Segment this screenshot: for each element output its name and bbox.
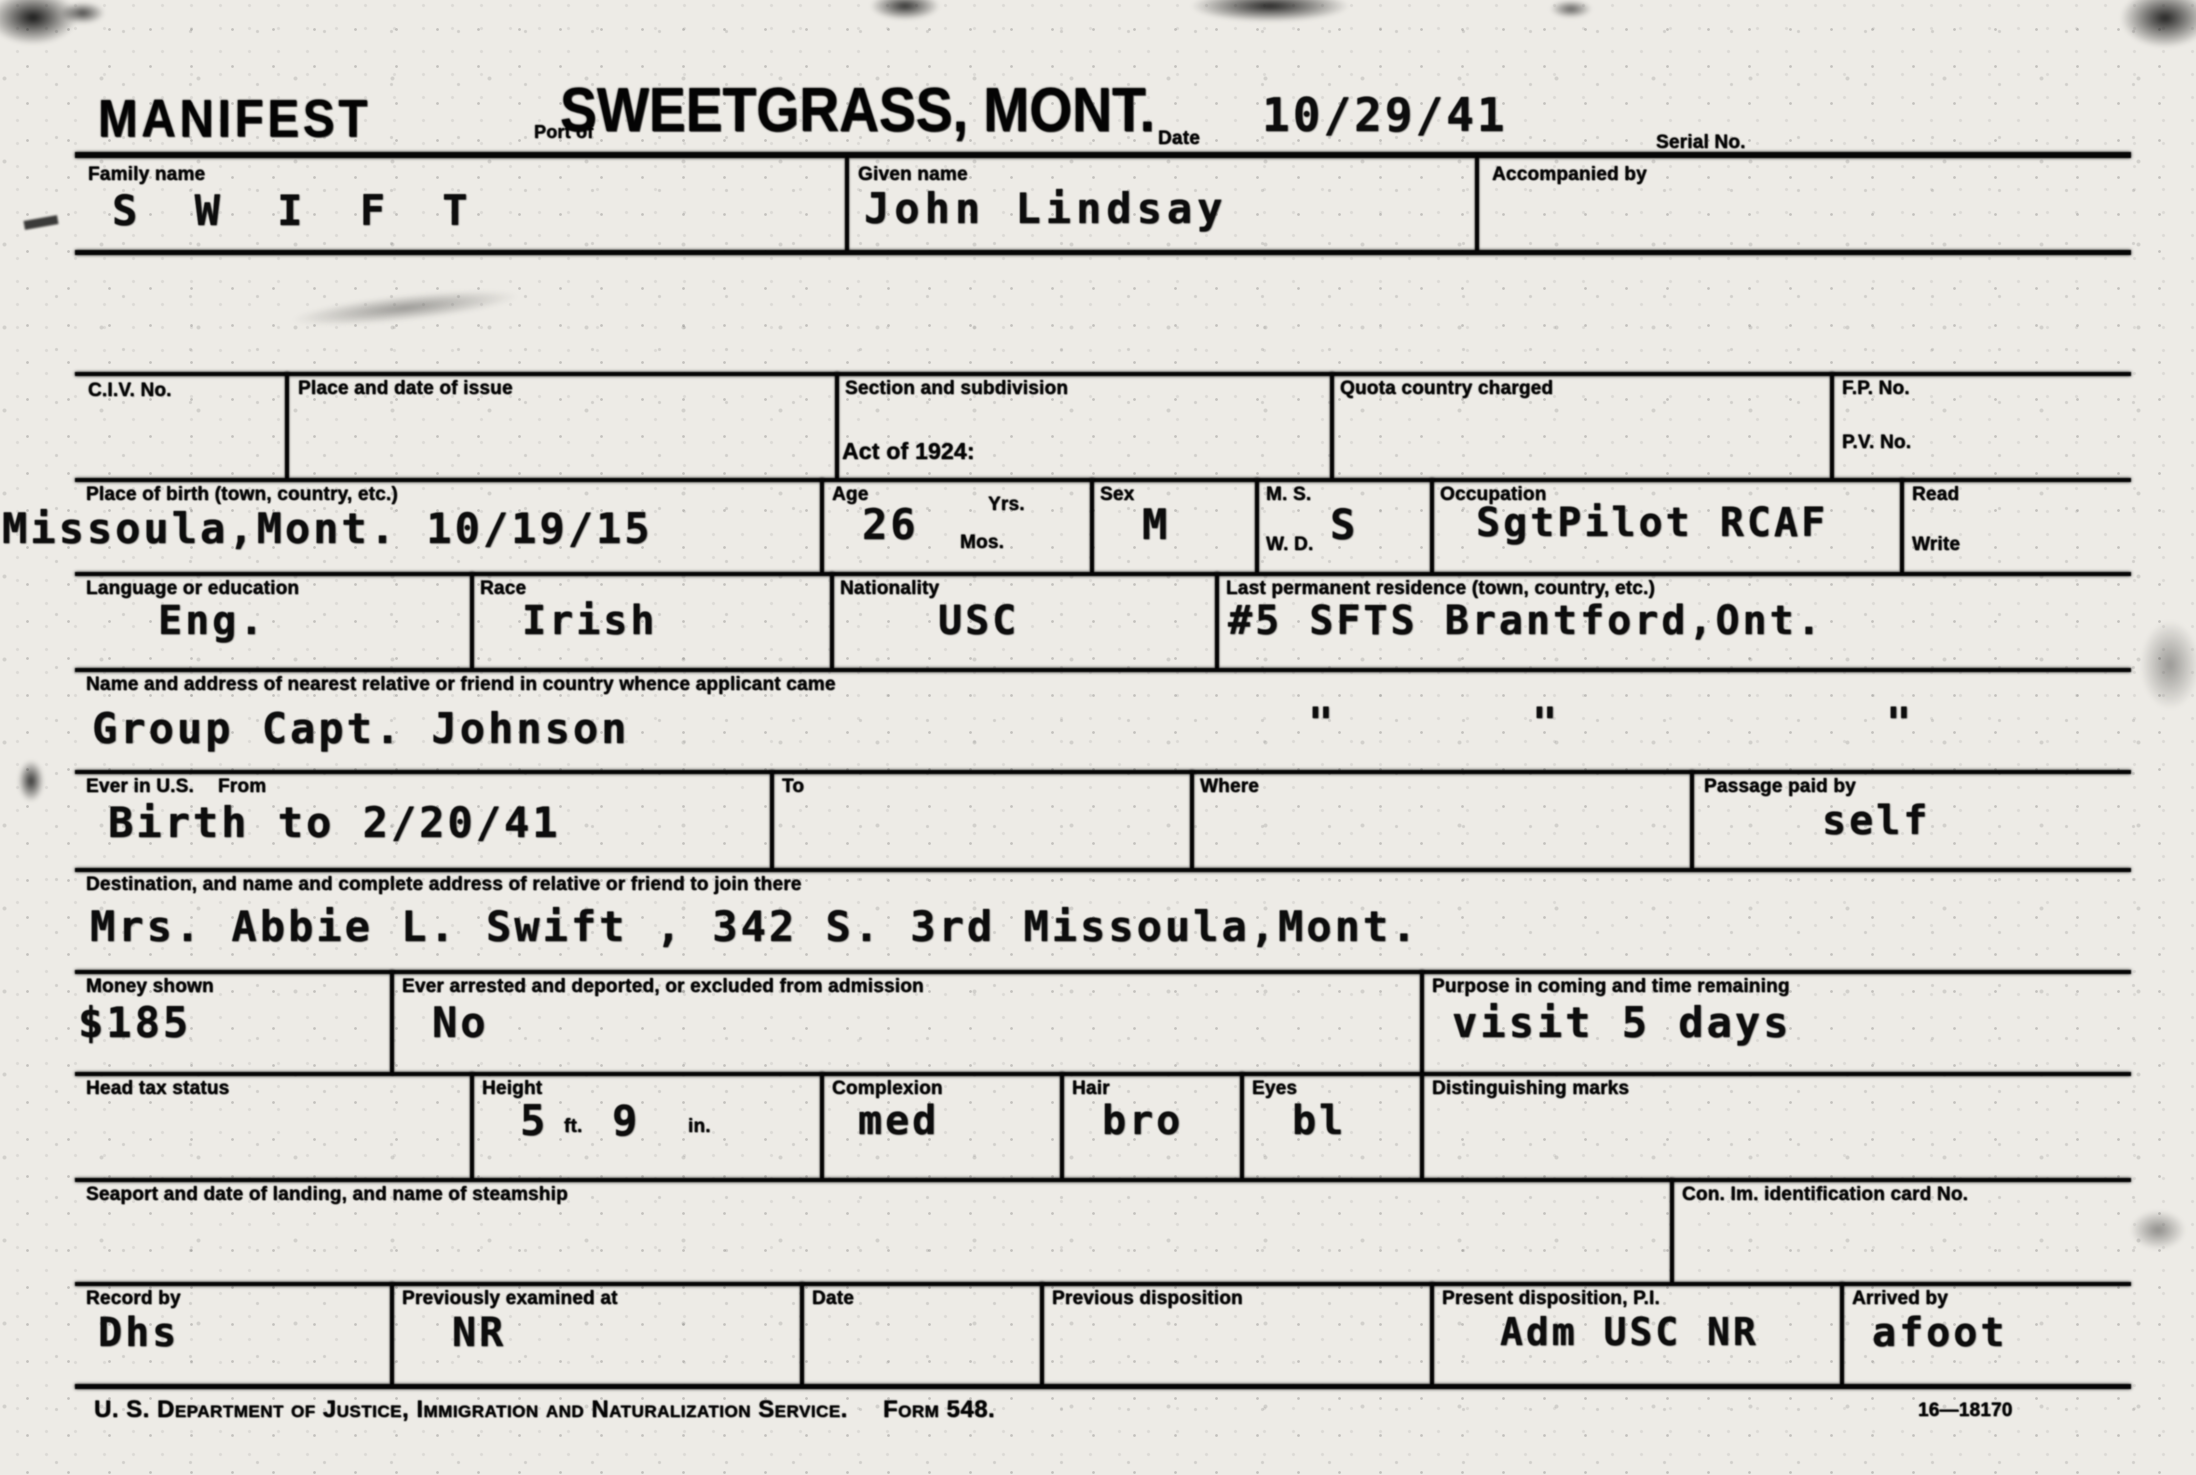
civ-no-label: C.I.V. No. — [88, 380, 172, 402]
ever-in-us-from-label: From — [218, 776, 266, 798]
nearest-relative-label: Name and address of nearest relative or … — [86, 674, 836, 696]
physical-row-divider — [820, 1072, 824, 1178]
seaport-row-divider — [1670, 1178, 1674, 1282]
pv-no-label: P.V. No. — [1842, 432, 1911, 454]
birth-row-divider — [1255, 478, 1259, 572]
language-row-divider — [1215, 572, 1219, 668]
arrested-value: No — [432, 998, 489, 1047]
date-value: 10/29/41 — [1262, 88, 1508, 142]
sex-label: Sex — [1100, 484, 1134, 506]
form-title: MANIFEST — [98, 88, 371, 149]
arrested-label: Ever arrested and deported, or excluded … — [402, 976, 924, 998]
sex-value: M — [1142, 500, 1170, 549]
civ-row-rule — [75, 478, 2131, 482]
language-label: Language or education — [86, 578, 299, 600]
nationality-value: USC — [938, 598, 1019, 644]
to-label: To — [782, 776, 804, 798]
birth-row-divider — [1900, 478, 1904, 572]
record-row-rule — [75, 1384, 2131, 1389]
where-label: Where — [1200, 776, 1259, 798]
ever-in-us-label: Ever in U.S. — [86, 776, 194, 798]
passage-paid-by-value: self — [1822, 798, 1930, 844]
footer-form-number: Form 548. — [883, 1396, 995, 1423]
civ-row-divider — [285, 372, 289, 478]
money-row-divider — [1420, 970, 1424, 1072]
purpose-value: visit 5 days — [1452, 998, 1791, 1047]
date-label: Date — [1158, 128, 1200, 150]
name-row-divider — [1475, 158, 1479, 253]
physical-row-rule — [75, 1178, 2131, 1182]
ever-in-us-value: Birth to 2/20/41 — [108, 798, 561, 847]
money-shown-label: Money shown — [86, 976, 214, 998]
height-in-label: in. — [688, 1116, 711, 1138]
read-label: Read — [1912, 484, 1959, 506]
marital-status-value: S — [1330, 500, 1358, 549]
height-feet-value: 5 — [520, 1096, 548, 1145]
physical-row-divider — [1060, 1072, 1064, 1178]
eyes-value: bl — [1292, 1098, 1346, 1144]
physical-row-divider — [1420, 1072, 1424, 1178]
money-row-divider — [390, 970, 394, 1072]
birth-row-rule — [75, 572, 2131, 576]
civ-row-divider — [1830, 372, 1834, 478]
birth-row-divider — [1090, 478, 1094, 572]
accompanied-by-label: Accompanied by — [1492, 164, 1647, 186]
age-yrs-label: Yrs. — [988, 494, 1025, 516]
quota-country-label: Quota country charged — [1340, 378, 1553, 400]
passage-paid-by-label: Passage paid by — [1704, 776, 1856, 798]
place-of-birth-value: Missoula,Mont. 10/19/15 — [2, 504, 653, 553]
birth-row-divider — [1430, 478, 1434, 572]
height-ft-label: ft. — [564, 1116, 583, 1138]
record-row-divider — [390, 1282, 394, 1384]
last-residence-value: #5 SFTS Brantford,Ont. — [1228, 598, 1824, 644]
civ-row-top-rule — [75, 372, 2131, 376]
complexion-label: Complexion — [832, 1078, 943, 1100]
birth-row-divider — [820, 478, 824, 572]
arrived-by-value: afoot — [1872, 1310, 2007, 1356]
place-of-birth-label: Place of birth (town, country, etc.) — [86, 484, 398, 506]
write-label: Write — [1912, 534, 1960, 556]
nationality-label: Nationality — [840, 578, 939, 600]
hair-label: Hair — [1072, 1078, 1110, 1100]
ever-in-us-divider — [770, 770, 774, 868]
record-date-label: Date — [812, 1288, 854, 1310]
race-value: Irish — [522, 598, 657, 644]
language-row-rule — [75, 668, 2131, 672]
act-of-1924-label: Act of 1924: — [842, 438, 975, 465]
record-by-label: Record by — [86, 1288, 181, 1310]
con-in-card-label: Con. Im. identification card No. — [1682, 1184, 1968, 1206]
destination-value: Mrs. Abbie L. Swift , 342 S. 3rd Missoul… — [90, 902, 1419, 951]
ditto-mark: " — [1886, 698, 1914, 747]
name-row-rule — [75, 250, 2131, 255]
footer-print-code: 16—18170 — [1918, 1400, 2013, 1422]
physical-row-divider — [1240, 1072, 1244, 1178]
fp-no-label: F.P. No. — [1842, 378, 1910, 400]
money-shown-value: $185 — [78, 998, 191, 1047]
ditto-mark: " — [1308, 698, 1336, 747]
height-inches-value: 9 — [612, 1096, 640, 1145]
port-value: SWEETGRASS, MONT. — [560, 74, 1155, 146]
eyes-label: Eyes — [1252, 1078, 1297, 1100]
race-label: Race — [480, 578, 526, 600]
record-by-value: Dhs — [98, 1310, 179, 1356]
money-row-rule — [75, 1072, 2131, 1076]
hair-value: bro — [1102, 1098, 1183, 1144]
footer-agency-text: U. S. Department of Justice, Immigration… — [94, 1396, 848, 1423]
seaport-row-rule — [75, 1282, 2131, 1286]
nearest-relative-value: Group Capt. Johnson — [92, 704, 629, 753]
civ-row-divider — [1330, 372, 1334, 478]
seaport-label: Seaport and date of landing, and name of… — [86, 1184, 568, 1206]
ever-in-us-rule — [75, 868, 2131, 872]
marital-status-label-bottom: W. D. — [1266, 534, 1313, 556]
language-row-divider — [470, 572, 474, 668]
given-name-value: John Lindsay — [864, 184, 1227, 233]
place-date-issue-label: Place and date of issue — [298, 378, 513, 400]
occupation-value: SgtPilot RCAF — [1476, 500, 1828, 546]
last-residence-label: Last permanent residence (town, country,… — [1226, 578, 1655, 600]
section-subdivision-label: Section and subdivision — [845, 378, 1068, 400]
prev-disposition-label: Previous disposition — [1052, 1288, 1243, 1310]
purpose-label: Purpose in coming and time remaining — [1432, 976, 1790, 998]
prev-examined-label: Previously examined at — [402, 1288, 618, 1310]
header-rule — [75, 152, 2131, 158]
destination-label: Destination, and name and complete addre… — [86, 874, 802, 896]
complexion-value: med — [858, 1098, 939, 1144]
ditto-mark: " — [1532, 698, 1560, 747]
family-name-label: Family name — [88, 164, 205, 186]
head-tax-label: Head tax status — [86, 1078, 229, 1100]
ever-in-us-divider — [1190, 770, 1194, 868]
civ-row-divider — [835, 372, 839, 478]
name-row-divider — [845, 158, 849, 253]
ever-in-us-divider — [1690, 770, 1694, 868]
record-row-divider — [800, 1282, 804, 1384]
prev-examined-value: NR — [452, 1310, 506, 1356]
age-value: 26 — [862, 500, 919, 549]
marital-status-label-top: M. S. — [1266, 484, 1311, 506]
record-row-divider — [1430, 1282, 1434, 1384]
arrived-by-label: Arrived by — [1852, 1288, 1948, 1310]
record-row-divider — [1040, 1282, 1044, 1384]
physical-row-divider — [470, 1072, 474, 1178]
language-row-divider — [830, 572, 834, 668]
footer-agency: U. S. Department of Justice, Immigration… — [94, 1396, 995, 1424]
serial-label: Serial No. — [1656, 132, 1746, 154]
present-disposition-value: Adm USC NR — [1500, 1310, 1759, 1354]
manifest-form: MANIFEST Port of SWEETGRASS, MONT. Date … — [0, 0, 2196, 1475]
family-name-value: S W I F T — [112, 186, 484, 235]
destination-rule — [75, 970, 2131, 974]
age-mos-label: Mos. — [960, 532, 1004, 554]
given-name-label: Given name — [858, 164, 968, 186]
nearest-relative-rule — [75, 770, 2131, 774]
manifest-document: MANIFEST Port of SWEETGRASS, MONT. Date … — [0, 0, 2196, 1475]
distinguishing-marks-label: Distinguishing marks — [1432, 1078, 1629, 1100]
record-row-divider — [1840, 1282, 1844, 1384]
present-disposition-label: Present disposition, P.I. — [1442, 1288, 1660, 1310]
language-value: Eng. — [158, 598, 266, 644]
